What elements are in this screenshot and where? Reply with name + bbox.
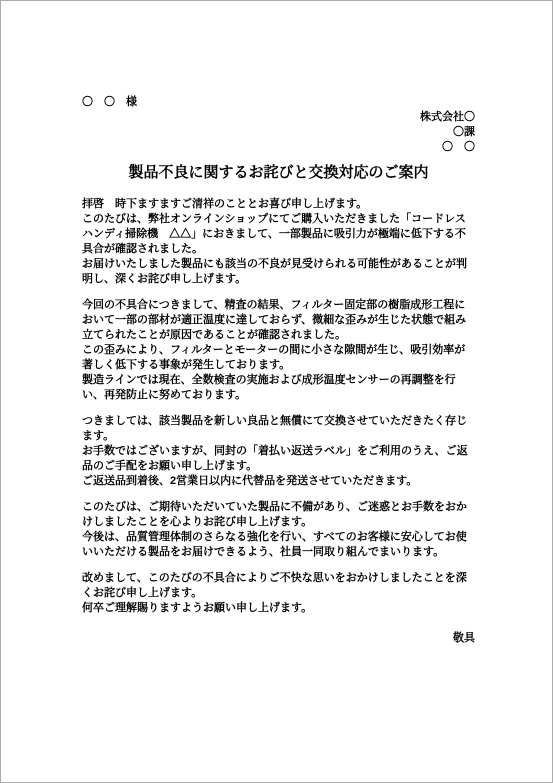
letter-content: 〇 〇 様 株式会社〇 〇課 〇 〇 製品不良に関するお詫びと交換対応のご案内 …: [82, 95, 475, 646]
closing-word: 敬具: [82, 631, 475, 646]
sender-department: 〇課: [82, 125, 475, 140]
sentence: お届けいたしました製品にも該当の不良が見受けられる可能性があることが判明し、深く…: [82, 257, 468, 287]
paragraph-exchange: つきましては、該当製品を新しい良品と無償にて交換させていただきたく存じます。 お…: [82, 414, 468, 489]
sentence: つきましては、該当製品を新しい良品と無償にて交換させていただきたく存じます。: [82, 414, 468, 444]
paragraph-greeting: 拝啓 時下ますますご清祥のこととお喜び申し上げます。 このたびは、弊社オンライン…: [82, 197, 468, 287]
sentence: 今後は、品質管理体制のさらなる強化を行い、すべてのお客様に安心してお使いいただけ…: [82, 530, 468, 560]
sentence: ご返送品到着後、2営業日以内に代替品を発送させていただきます。: [82, 474, 468, 489]
sentence: 今回の不具合につきまして、精査の結果、フィルター固定部の樹脂成形工程において一部…: [82, 298, 468, 343]
letter-page: 〇 〇 様 株式会社〇 〇課 〇 〇 製品不良に関するお詫びと交換対応のご案内 …: [0, 0, 553, 783]
sender-company: 株式会社〇: [82, 110, 475, 125]
sender-name: 〇 〇: [82, 140, 475, 155]
sentence: 何卒ご理解賜りますようお願い申し上げます。: [82, 601, 468, 616]
sentence: お手数ではございますが、同封の「着払い返送ラベル」をご利用のうえ、ご返品のご手配…: [82, 444, 468, 474]
letter-title: 製品不良に関するお詫びと交換対応のご案内: [82, 163, 475, 183]
sentence: このたびは、ご期待いただいていた製品に不備があり、ご迷惑とお手数をおかけしました…: [82, 500, 468, 530]
sentence: この歪みにより、フィルターとモーターの間に小さな隙間が生じ、吸引効率が著しく低下…: [82, 343, 468, 373]
sentence: 製造ラインでは現在、全数検査の実施および成形温度センサーの再調整を行い、再発防止…: [82, 373, 468, 403]
sentence: 拝啓 時下ますますご清祥のこととお喜び申し上げます。: [82, 197, 468, 212]
sender-block: 株式会社〇 〇課 〇 〇: [82, 110, 475, 155]
recipient-name: 〇 〇 様: [82, 95, 475, 110]
sentence: 改めまして、このたびの不具合によりご不快な思いをおかけしましたことを深くお詫び申…: [82, 571, 468, 601]
paragraph-apology: このたびは、ご期待いただいていた製品に不備があり、ご迷惑とお手数をおかけしました…: [82, 500, 468, 560]
paragraph-cause: 今回の不具合につきまして、精査の結果、フィルター固定部の樹脂成形工程において一部…: [82, 298, 468, 403]
sentence: このたびは、弊社オンラインショップにてご購入いただきました「コードレスハンディ掃…: [82, 212, 468, 257]
paragraph-final: 改めまして、このたびの不具合によりご不快な思いをおかけしましたことを深くお詫び申…: [82, 571, 468, 616]
